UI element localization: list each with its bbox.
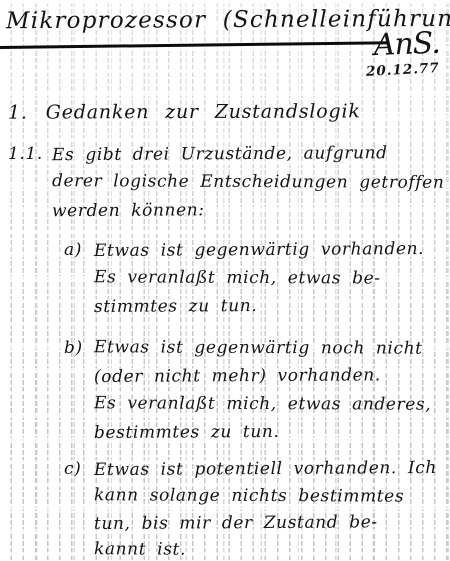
- notebook-page: Mikroprozessor (Schnelleinführung) AnS. …: [0, 0, 450, 561]
- section-title: Gedanken zur Zustandslogik: [46, 100, 361, 123]
- list-item-line: stimmtes zu tun.: [94, 291, 424, 321]
- list-item-line: Etwas ist gegenwärtig noch nicht: [94, 333, 431, 362]
- list-item-line: (oder nicht mehr) vorhanden.: [94, 361, 431, 391]
- list-item-line: tun, bis mir der Zustand be-: [94, 509, 437, 538]
- list-item-a: a) Etwas ist gegenwärtig vorhanden. Es v…: [64, 236, 424, 320]
- list-item-label: c): [64, 456, 94, 483]
- list-item-c: c) Etwas ist potentiell vorhanden. Ich k…: [64, 456, 437, 561]
- title-underline: [0, 41, 388, 49]
- list-item-line: Es veranlaßt mich, etwas anderes,: [94, 389, 431, 418]
- signature-block: AnS. 20.12.77: [366, 30, 440, 78]
- paragraph-line: Es gibt drei Urzustände, aufgrund: [52, 139, 445, 169]
- list-item-line: kannt ist.: [94, 536, 437, 561]
- paragraph-number: 1.1.: [8, 140, 52, 168]
- list-item-line: Etwas ist gegenwärtig vorhanden.: [94, 235, 424, 265]
- paragraph-line: werden können:: [52, 195, 445, 225]
- list-item-line: Es veranlaßt mich, etwas be-: [94, 263, 424, 292]
- section-heading: 1.Gedanken zur Zustandslogik: [8, 97, 361, 126]
- author-signature: AnS.: [366, 29, 441, 62]
- note-date: 20.12.77: [366, 60, 441, 80]
- list-item-line: bestimmtes zu tun.: [94, 417, 431, 447]
- paragraph-1-1: 1.1. Es gibt drei Urzustände, aufgrund d…: [8, 140, 444, 224]
- section-number: 1.: [8, 99, 28, 127]
- list-item-line: Etwas ist potentiell vorhanden. Ich: [94, 455, 437, 484]
- list-item-b: b) Etwas ist gegenwärtig noch nicht (ode…: [64, 334, 431, 446]
- list-item-line: kann solange nichts bestimmtes: [94, 482, 437, 510]
- list-item-label: b): [64, 334, 94, 362]
- paragraph-line: derer logische Entscheidungen getroffen: [52, 167, 445, 197]
- list-item-label: a): [64, 236, 94, 264]
